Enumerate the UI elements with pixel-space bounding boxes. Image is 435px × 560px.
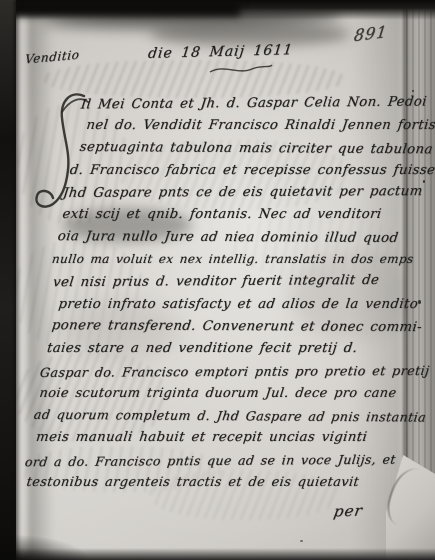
paper-speck bbox=[300, 540, 303, 542]
paper-speck bbox=[423, 180, 425, 183]
body-text: Il Mei Conta et Jh. d. Gaspar Celia Non.… bbox=[25, 96, 419, 497]
manuscript-line: exti scij et qnib. fontanis. Nec ad vend… bbox=[61, 207, 406, 229]
manuscript-line: oia Jura nullo Jure ad niea dominio illu… bbox=[56, 229, 403, 253]
manuscript-line: nullo ma voluit ex nex intellig. transla… bbox=[50, 252, 400, 274]
catchword: per bbox=[332, 502, 364, 521]
manuscript-line: Il Mei Conta et Jh. d. Gaspar Celia Non.… bbox=[79, 95, 419, 120]
binding-crease bbox=[14, 0, 21, 560]
manuscript-line: testonibus argenteis tractis et de eis q… bbox=[25, 475, 373, 497]
manuscript-line: vel nisi prius d. venditor fuerit integr… bbox=[51, 273, 397, 298]
manuscript-line: ord a do. Francisco pntis que ad se in v… bbox=[23, 452, 375, 477]
manuscript-line: septuaginta tabulona mais circiter que t… bbox=[78, 139, 414, 164]
manuscript-line: nel do. Vendidit Francisco Rinaldi Jenne… bbox=[85, 118, 417, 140]
manuscript-line: taies stare a ned venditione fecit preti… bbox=[45, 341, 389, 363]
top-edge-shadow bbox=[0, 0, 240, 16]
manuscript-line: Jhd Gaspare pnts ce de eis quietavit per… bbox=[61, 184, 408, 208]
date-underline-flourish bbox=[208, 62, 274, 76]
bottom-left-corner-shadow bbox=[0, 534, 90, 560]
paper-speck bbox=[412, 90, 414, 92]
manuscript-line: ad quorum completum d. Jhd Gaspare ad pn… bbox=[32, 407, 381, 432]
manuscript-line: ponere transferend. Convenerunt et donec… bbox=[50, 318, 392, 342]
manuscript-line: pretio infrato satisfacty et ad alios de… bbox=[57, 297, 395, 319]
manuscript-line: meis manuali habuit et recepit uncias vi… bbox=[34, 430, 378, 452]
manuscript-line: d. Francisco fabrica et recepisse confes… bbox=[68, 163, 411, 185]
manuscript-line: noie scutorum triginta duorum Jul. dece … bbox=[38, 386, 384, 408]
manuscript-photo: 891 Venditio die 18 Maij 1611 Il Mei Con… bbox=[0, 0, 435, 560]
manuscript-line: Gaspar do. Francisco emptori pntis pro p… bbox=[38, 363, 386, 387]
